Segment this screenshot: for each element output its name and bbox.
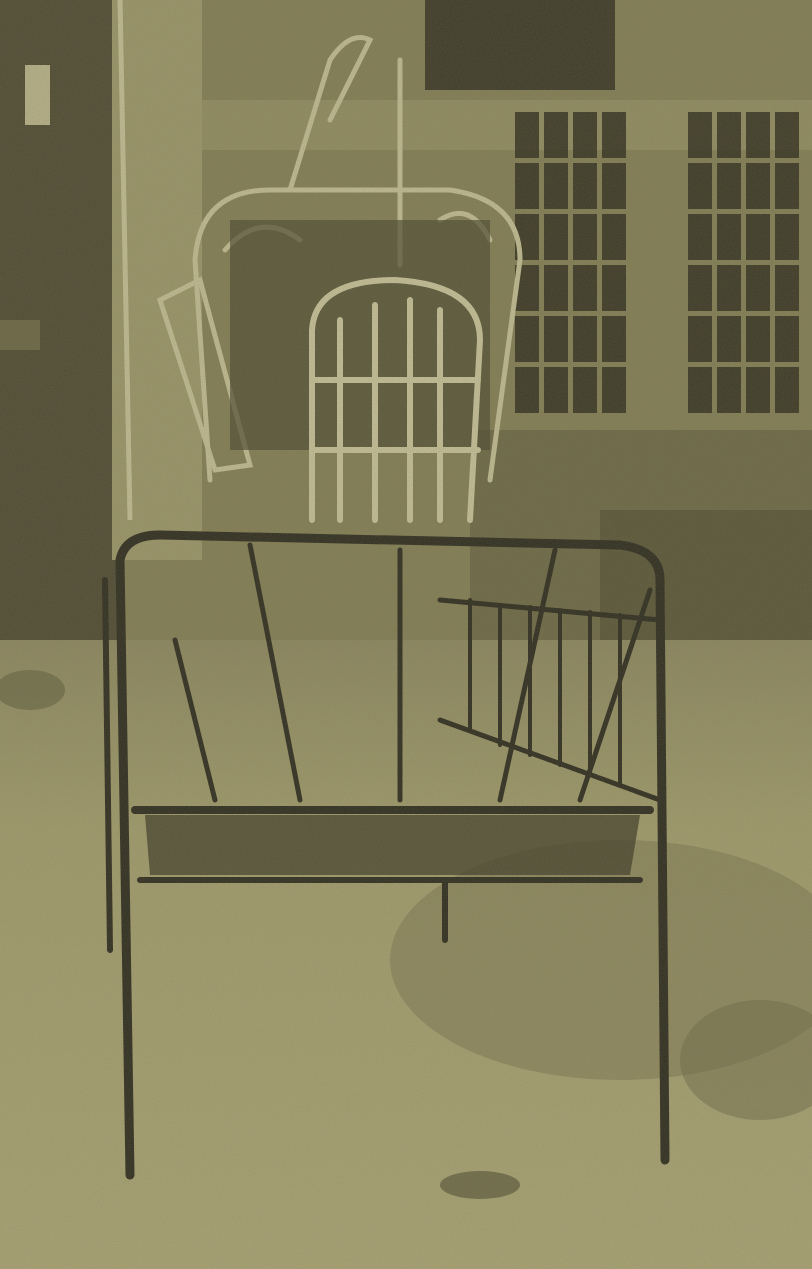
bed-frames-scene <box>0 0 812 1269</box>
photograph <box>0 0 812 1269</box>
